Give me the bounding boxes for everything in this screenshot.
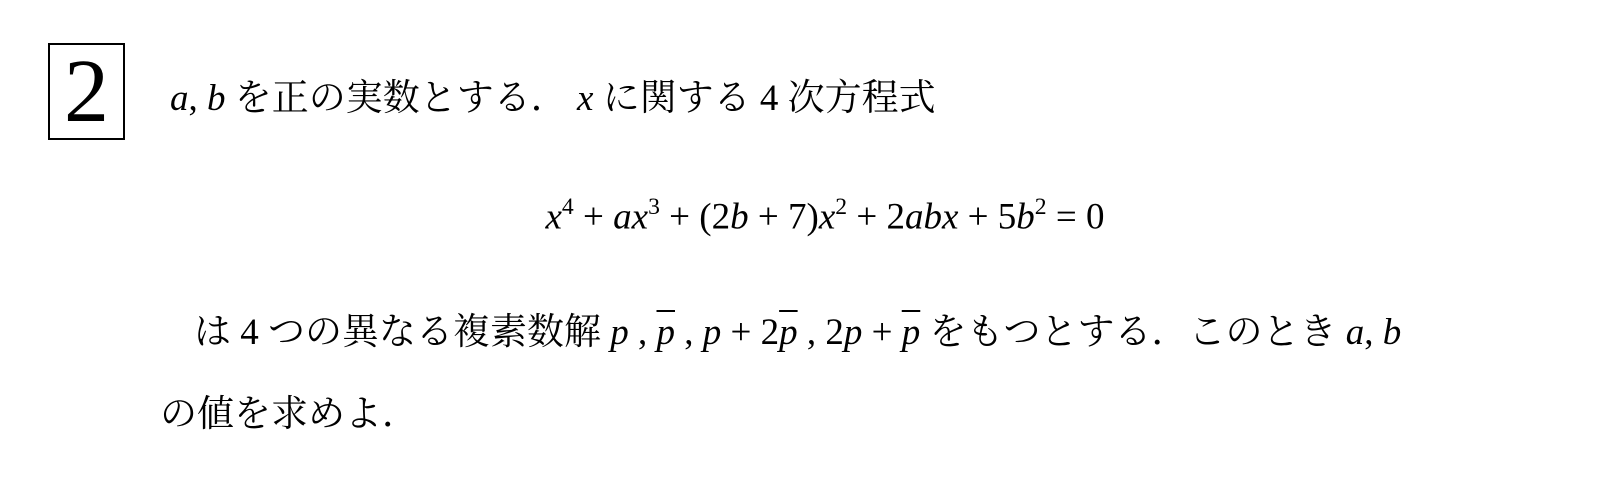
math-token: 2 xyxy=(825,312,844,353)
math-token: a xyxy=(905,197,924,238)
math-token: = 0 xyxy=(1047,197,1105,238)
math-token: p xyxy=(844,312,863,353)
math-token: 3 xyxy=(648,194,660,220)
math-token: + 2 xyxy=(721,312,779,353)
math-token: を正の実数とする． xyxy=(226,78,568,119)
math-token: x xyxy=(632,197,648,238)
math-token: , xyxy=(189,78,208,119)
math-token: は 4 つの異なる複素数解 xyxy=(194,312,610,353)
math-token: x xyxy=(568,78,594,119)
math-token: + xyxy=(574,197,613,238)
problem-statement-line-2: は 4 つの異なる複素数解 p , p , p + 2p , 2p + p をも… xyxy=(194,314,1401,351)
math-token: 2 xyxy=(1035,194,1047,220)
problem-statement-line-1: a, b を正の実数とする． x に関する 4 次方程式 xyxy=(170,80,936,117)
problem-number: 2 xyxy=(64,47,109,137)
math-problem-page: 2 a, b を正の実数とする． x に関する 4 次方程式 x4 + ax3 … xyxy=(0,0,1622,486)
math-token: a xyxy=(1346,312,1365,353)
math-token: 4 xyxy=(562,194,574,220)
problem-number-box: 2 xyxy=(48,43,125,140)
math-token: p xyxy=(902,312,921,353)
math-token: a xyxy=(613,197,632,238)
math-token: + 5 xyxy=(958,197,1016,238)
math-token: x xyxy=(545,197,561,238)
equation-row: x4 + ax3 + (2b + 7)x2 + 2abx + 5b2 = 0 xyxy=(160,196,1490,236)
math-token: + 7) xyxy=(749,197,819,238)
math-token: p xyxy=(610,312,629,353)
math-token: の値を求めよ． xyxy=(160,394,419,435)
math-token: + (2 xyxy=(660,197,730,238)
math-token: , xyxy=(675,312,703,353)
math-token: a xyxy=(170,78,189,119)
math-token: p xyxy=(779,312,798,353)
problem-statement-line-3: の値を求めよ． xyxy=(160,396,419,433)
math-token: x xyxy=(819,197,835,238)
math-token: p xyxy=(703,312,722,353)
math-token: + xyxy=(862,312,901,353)
math-token: + 2 xyxy=(847,197,905,238)
math-token: b xyxy=(207,78,226,119)
math-token: , xyxy=(629,312,657,353)
math-token: b xyxy=(1383,312,1402,353)
math-token: , xyxy=(1364,312,1383,353)
math-token: p xyxy=(657,312,676,353)
math-token: b xyxy=(923,197,942,238)
math-token: b xyxy=(730,197,749,238)
math-token: x xyxy=(942,197,958,238)
math-token: をもつとする．このとき xyxy=(920,312,1346,353)
math-token: 2 xyxy=(835,194,847,220)
math-token: , xyxy=(798,312,826,353)
math-token: b xyxy=(1016,197,1035,238)
quartic-equation: x4 + ax3 + (2b + 7)x2 + 2abx + 5b2 = 0 xyxy=(545,196,1104,236)
math-token: に関する 4 次方程式 xyxy=(593,78,935,119)
